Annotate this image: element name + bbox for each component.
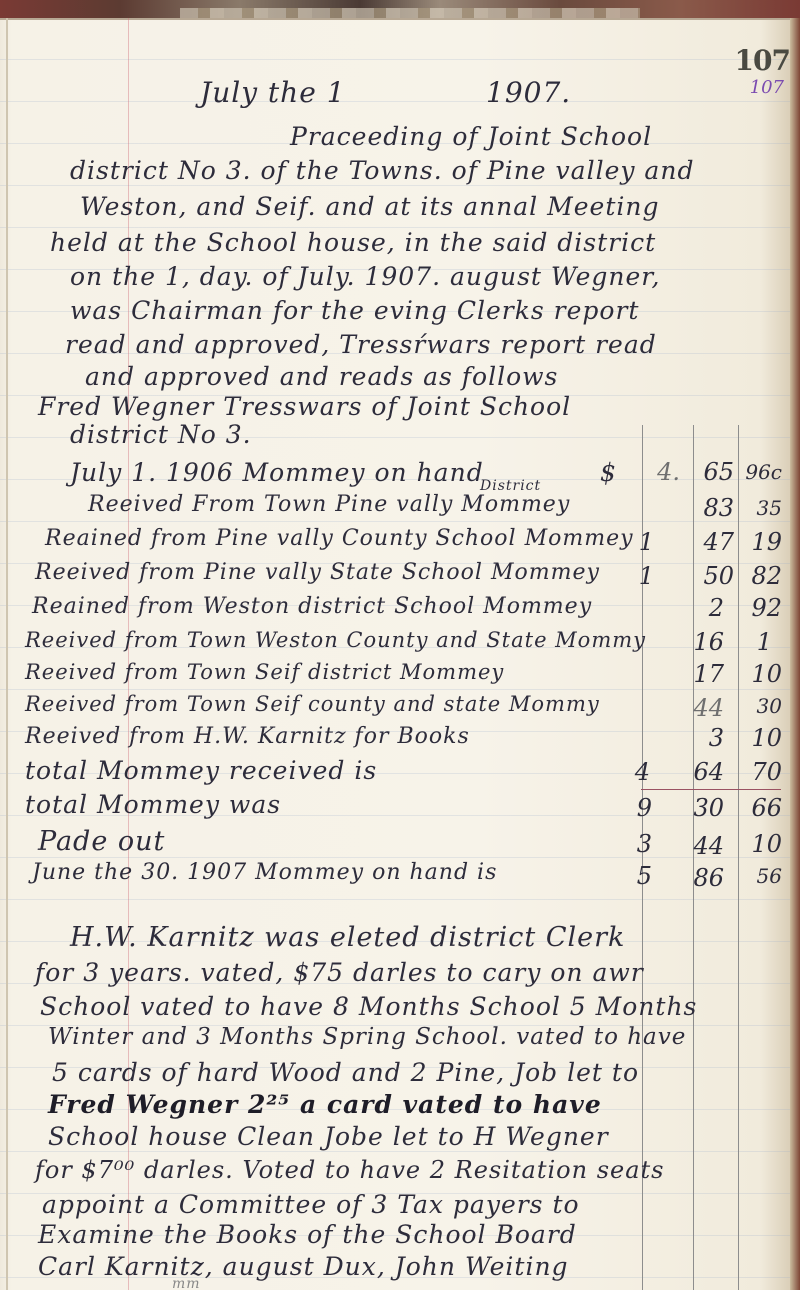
ledger-row-label: total Mommey received is: [25, 756, 377, 785]
ledger-hundreds: 1: [614, 562, 654, 590]
page-number-stamped: 107: [735, 44, 790, 77]
minutes-line: Examine the Books of the School Board: [38, 1220, 577, 1249]
ledger-dollars: 2: [684, 594, 724, 622]
ledger-cents: 10: [742, 724, 782, 752]
ledger-cents: 30: [742, 694, 782, 718]
ledger-cents: 10: [742, 660, 782, 688]
dollar-sign: $: [600, 458, 617, 487]
minutes-line: was Chairman for the eving Clerks report: [70, 296, 639, 325]
ledger-dollars: 44: [684, 694, 724, 722]
minutes-line: held at the School house, in the said di…: [50, 228, 656, 257]
minutes-line: School vated to have 8 Months School 5 M…: [40, 992, 697, 1021]
ledger-dollars: 65: [694, 458, 734, 486]
ledger-hundreds: 4: [610, 758, 650, 786]
ledger-cents: 70: [742, 758, 782, 786]
minutes-line: H.W. Karnitz was eleted district Clerk: [70, 922, 625, 953]
minutes-line: Praceeding of Joint School: [290, 122, 652, 151]
ledger-row-label: July 1. 1906 Mommey on hand: [70, 458, 484, 487]
page-edge-right: [790, 18, 800, 1290]
ledger-column-line-3: [738, 425, 739, 1290]
minutes-line: Carl Karnitz, august Dux, John Weiting: [38, 1252, 569, 1281]
ledger-row-label: Reeived from Town Seif county and state …: [25, 692, 600, 716]
ledger-cents: 35: [742, 496, 782, 520]
ledger-cents: 82: [742, 562, 782, 590]
minutes-line: Weston, and Seif. and at its annal Meeti…: [80, 192, 659, 221]
minutes-line: Fred Wegner 2²⁵ a card vated to have: [48, 1090, 602, 1119]
ledger-dollars: 16: [684, 628, 724, 656]
ledger-row-label: Reeived from H.W. Karnitz for Books: [25, 724, 470, 749]
ledger-cents: 10: [742, 830, 782, 858]
ledger-dollars: 17: [684, 660, 724, 688]
ledger-dollars: 3: [684, 724, 724, 752]
ledger-hundreds: 4.: [640, 458, 680, 486]
ledger-dollars: 44: [684, 832, 724, 860]
treasurer-heading: district No 3.: [70, 420, 252, 449]
minutes-line: appoint a Committee of 3 Tax payers to: [42, 1190, 580, 1219]
minutes-line: district No 3. of the Towns. of Pine val…: [70, 156, 694, 185]
ledger-cents: 19: [742, 528, 782, 556]
minutes-line: for $7⁰⁰ darles. Voted to have 2 Resitat…: [35, 1156, 665, 1184]
ledger-cents: 1: [732, 628, 772, 656]
treasurer-heading: Fred Wegner Tresswars of Joint School: [38, 392, 571, 421]
ledger-dollars: 64: [684, 758, 724, 786]
ledger-hundreds: 5: [612, 862, 652, 890]
minutes-line: and approved and reads as follows: [85, 362, 558, 391]
ledger-cents: 66: [742, 794, 782, 822]
ledger-hundreds: 9: [612, 794, 652, 822]
ledger-dollars: 30: [684, 794, 724, 822]
header-date: July the 1: [200, 76, 346, 109]
minutes-line: 5 cards of hard Wood and 2 Pine, Job let…: [52, 1058, 639, 1087]
page-number: 107 107: [735, 44, 790, 98]
ledger-hundreds: 3: [612, 830, 652, 858]
minutes-line: read and approved, Tressŕwars report rea…: [65, 330, 657, 359]
ledger-row-label: June the 30. 1907 Mommey on hand is: [32, 860, 497, 885]
total-underline: [641, 789, 781, 790]
ledger-dollars: 86: [684, 864, 724, 892]
minutes-line: School house Clean Jobe let to H Wegner: [48, 1122, 609, 1151]
ledger-cents: 56: [742, 864, 782, 888]
ledger-row-label: Reeived from Town Seif district Mommey: [25, 660, 504, 684]
minutes-line: Winter and 3 Months Spring School. vated…: [48, 1024, 686, 1050]
ledger-row-label: total Mommey was: [25, 790, 281, 819]
ledger-hundreds: 1: [614, 528, 654, 556]
ledger-page: 107 107 July the 1 1907. Praceeding of J…: [0, 0, 800, 1290]
ledger-row-label: Pade out: [38, 826, 165, 857]
footnote-mark: mm: [172, 1276, 201, 1290]
ledger-row-label: Reeived from Pine vally State School Mom…: [35, 560, 600, 585]
page-number-pencil: 107: [735, 77, 784, 98]
page-edge-left: [6, 18, 8, 1290]
ledger-cents: 96c: [742, 460, 782, 484]
ledger-cents: 92: [742, 594, 782, 622]
ledger-row-label: Reained from Pine vally County School Mo…: [45, 526, 634, 551]
minutes-line: for 3 years. vated, $75 darles to cary o…: [35, 958, 644, 987]
ledger-dollars: 47: [694, 528, 734, 556]
ledger-row-label: Reained from Weston district School Momm…: [32, 594, 592, 619]
ledger-dollars: 50: [694, 562, 734, 590]
ledger-row-label: Reeived From Town Pine vally Mommey: [88, 492, 570, 517]
ledger-dollars: 83: [694, 494, 734, 522]
header-year: 1907.: [486, 76, 571, 109]
ledger-row-label: Reeived from Town Weston County and Stat…: [25, 628, 646, 652]
minutes-line: on the 1, day. of July. 1907. august Weg…: [70, 262, 660, 291]
